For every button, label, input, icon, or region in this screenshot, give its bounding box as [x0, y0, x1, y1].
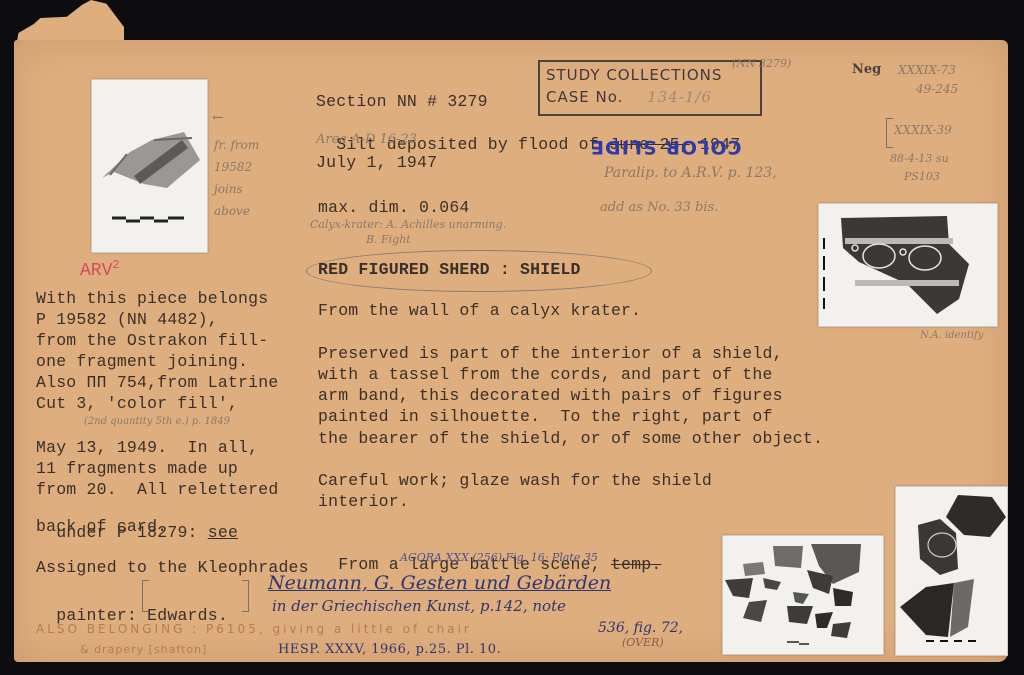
photo-bottom-fragments [722, 535, 884, 655]
neg-number-5: PS103 [904, 170, 940, 183]
belongs-line-1: With this piece belongs [36, 288, 268, 310]
fragments-line-3: from 20. All relettered [36, 479, 278, 501]
max-dimension: max. dim. 0.064 [318, 197, 470, 219]
study-collections-label: STUDY COLLECTIONS [546, 64, 754, 86]
nn-reference-note: (NN 3279) [732, 57, 791, 70]
neumann-line-1: Neumann, G. Gesten und Gebärden [268, 572, 611, 594]
photo-top-left [91, 79, 208, 253]
preserved-line-2: with a tassel from the cords, and part o… [318, 364, 773, 386]
careful-line-2: interior. [318, 491, 409, 513]
agora-reference: AGORA XXX (256) Fig. 16; Plate 35 [400, 551, 598, 564]
neg-number-4: 88-4-13 su [890, 152, 949, 165]
belongs-line-3: from the Ostrakon fill- [36, 330, 268, 352]
calyx-krater-note: Calyx-krater: A. Achilles unarming. B. F… [310, 217, 506, 247]
quantity-date-note: (2nd quantity 5th e.) p. 1849 [84, 416, 230, 427]
battle-struck: temp. [611, 555, 662, 574]
also-belonging-note: ALSO BELONGING : P6105, giving a little … [36, 622, 472, 636]
case-number-value: 134-1/6 [647, 88, 712, 106]
sherd-image-icon [92, 80, 207, 252]
sherd-title: RED FIGURED SHERD : SHIELD [318, 259, 581, 281]
neumann-line-2: in der Griechischen Kunst, p.142, note [272, 597, 566, 615]
preserved-line-4: painted in silhouette. To the right, par… [318, 406, 773, 428]
identify-note: N.A. identify [920, 330, 983, 341]
painter-bracket-right [242, 580, 249, 612]
handwritten-arrow-note: ← [212, 110, 224, 126]
drapery-note: & drapery [shafton] [80, 643, 207, 656]
record-date: July 1, 1947 [316, 152, 437, 174]
photo-bottom-right [895, 486, 1008, 656]
case-label: CASE No. [546, 88, 623, 106]
belongs-line-5: Also ПП 754,from Latrine [36, 372, 278, 394]
fragments-image-icon [723, 536, 883, 654]
arv-label: ARV [80, 261, 112, 281]
add-as-note: add as No. 33 bis. [600, 200, 718, 215]
preserved-line-1: Preserved is part of the interior of a s… [318, 343, 783, 365]
neg-bracket [886, 118, 893, 148]
shield-fragment-image-icon [819, 204, 997, 326]
see-link: see [208, 523, 238, 542]
section-number: Section NN # 3279 [316, 91, 488, 113]
preserved-line-3: arm band, this decorated with pairs of f… [318, 385, 783, 407]
careful-line-1: Careful work; glaze wash for the shield [318, 470, 712, 492]
neg-number-1: XXXIX-73 [898, 63, 956, 77]
fragments-line-1: May 13, 1949. In all, [36, 437, 258, 459]
neg-stamp: Neg [852, 62, 881, 77]
area-note: Area A-D 16-23 [316, 132, 417, 147]
photo-right [818, 203, 998, 327]
wall-description: From the wall of a calyx krater. [318, 300, 641, 322]
case-number-row: CASE No. (NN 3279) 134-1/6 [546, 86, 754, 108]
painter-bracket-left [142, 580, 149, 612]
neumann-line-3: 536, fig. 72, [598, 620, 683, 636]
study-collections-stamp: STUDY COLLECTIONS CASE No. (NN 3279) 134… [538, 60, 762, 116]
assigned-line-2: painter: Edwards. [36, 583, 228, 626]
belongs-line-2: P 19582 (NN 4482), [36, 309, 218, 331]
belongs-line-6: Cut 3, 'color fill', [36, 393, 238, 415]
arv-superscript: 2 [112, 258, 119, 272]
fragments-line-2: 11 fragments made up [36, 458, 238, 480]
paralipomena-note: Paralip. to A.R.V. p. 123, [604, 165, 777, 181]
hesperia-reference: HESP. XXXV, 1966, p.25. Pl. 10. [278, 642, 501, 657]
neg-number-2: 49-245 [916, 82, 958, 96]
arv-stamp: ARV2 [80, 258, 120, 281]
preserved-line-5: the bearer of the shield, or of some oth… [318, 428, 823, 450]
back-of-card: back of card. [36, 516, 167, 538]
neg-number-3: XXXIX-39 [894, 123, 952, 137]
handwritten-fragment-note: fr. from 19582 joins above [214, 134, 259, 222]
joined-fragments-image-icon [896, 487, 1007, 655]
belongs-line-4: one fragment joining. [36, 351, 248, 373]
over-note: (OVER) [622, 636, 664, 649]
color-slide-stamp: COLOR SLIDE [590, 136, 742, 158]
